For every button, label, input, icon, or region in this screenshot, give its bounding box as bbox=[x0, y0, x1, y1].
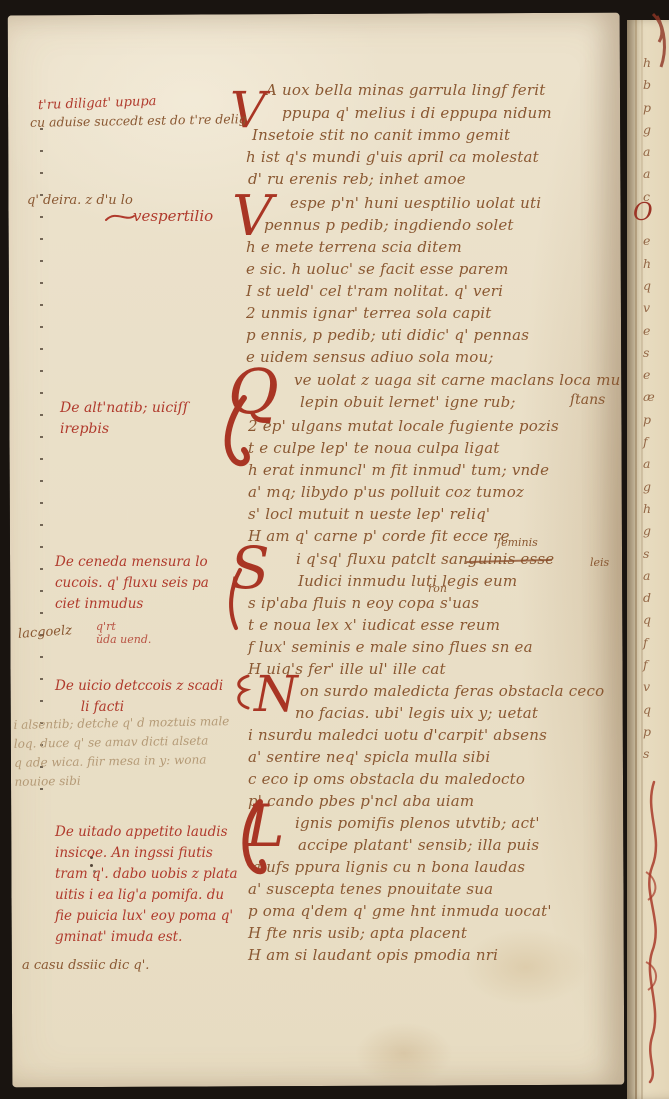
verse-line: e uidem sensus adiuo sola mou; bbox=[246, 347, 494, 367]
verse-line: a' mq; libydo p'us polluit coz tumoz bbox=[248, 482, 524, 502]
verse-line: a' suscepta tenes pnouitate sua bbox=[248, 879, 493, 899]
verse-line: a' sentire neq' spicla mulla sibi bbox=[248, 747, 490, 767]
margin-note-vespertilio: vespertilio bbox=[133, 207, 213, 225]
verse-line: H am si laudant opis pmodia nri bbox=[248, 945, 498, 965]
verse-line: pennus p pedib; ingdiendo solet bbox=[264, 215, 514, 235]
red-flourish-edge bbox=[640, 782, 669, 1082]
facing-page-edge-letters: h b p g a a c e h q v e s e æ p f a g h … bbox=[643, 52, 655, 766]
verse-line: t e culpe lep' te noua culpa ligat bbox=[248, 438, 500, 458]
verse-line: p ennis, p pedib; uti didic' q' pennas bbox=[246, 325, 529, 345]
margin-note-de-tenenda: De ceneda mensura lo cucois. q' fluxu se… bbox=[55, 552, 209, 615]
margin-note-small-red: q'rt ŭda uend. bbox=[96, 620, 151, 646]
q-tail-flourish bbox=[218, 388, 258, 498]
verse-line: ppupa q' melius i di eppupa nidum bbox=[282, 103, 552, 123]
verse-line: espe p'n' huni uesptilio uolat uti bbox=[290, 193, 541, 213]
verse-line: a ufs ppura lignis cu n bona laudas bbox=[252, 857, 525, 877]
binding-threads bbox=[649, 12, 669, 72]
verse-line: e sic. h uoluc' se facit esse parem bbox=[246, 259, 509, 279]
verse-line: ignis pomifis plenos utvtib; act' bbox=[295, 813, 540, 833]
interlinear-ron: ron bbox=[428, 582, 447, 595]
verse-line: s ip'aba fluis n eoy copa s'uas bbox=[248, 593, 479, 613]
verse-line: lepin obuit lernet' igne rub; bbox=[300, 392, 516, 412]
verse-line: 2 ep' ulgans mutat locale fugiente pozis bbox=[248, 416, 559, 436]
verse-line: h e mete terrena scia ditem bbox=[246, 237, 462, 257]
l-swash-flourish bbox=[236, 798, 270, 888]
facing-page-red-initial: O bbox=[633, 198, 653, 226]
s-tail-flourish bbox=[224, 570, 254, 640]
verse-line: A uox bella minas garrula lingf ferit bbox=[266, 80, 545, 100]
verse-line: H fte nris usib; apta placent bbox=[248, 923, 467, 943]
verse-line: f lux' seminis e male sino flues sn ea bbox=[248, 637, 533, 657]
margin-note-de-vitando: De uitado appetito laudis insicoe. An in… bbox=[55, 822, 238, 948]
verse-line: p oma q'dem q' gme hnt inmuda uocat' bbox=[248, 901, 552, 921]
vespertilio-leader-flourish bbox=[106, 208, 136, 224]
n-curl-flourish bbox=[230, 674, 256, 714]
interlinear-leis: leis bbox=[590, 556, 609, 569]
interlinear-stans: ſtans bbox=[570, 392, 605, 408]
verse-line: H am q' carne p' corde fit ecce re bbox=[248, 526, 510, 546]
margin-note-faded-gloss: i alsentib; detche q' d moztuis male loq… bbox=[13, 712, 230, 792]
verse-line: accipe platant' sensib; illa puis bbox=[298, 835, 539, 855]
drop-cap-vespertilio: V bbox=[232, 192, 272, 242]
margin-note-de-alternatibus: De alt'natib; uiciſſ irepbis bbox=[60, 398, 188, 440]
manuscript-photo: h b p g a a c e h q v e s e æ p f a g h … bbox=[0, 0, 669, 1099]
pricking-dots bbox=[40, 128, 43, 790]
verse-line: s' locl mutuit n ueste lep' reliq' bbox=[248, 504, 490, 524]
verse-line: i nsurdu maledci uotu d'carpit' absens bbox=[248, 725, 547, 745]
verse-line: ve uolat z uaga sit carne maclans loca m… bbox=[294, 370, 621, 390]
verse-line: d' ru erenis reb; inhet amoe bbox=[248, 169, 466, 189]
verse-line: Insetoie stit no canit immo gemit bbox=[252, 125, 510, 145]
verse-line: I st ueld' cel t'ram nolitat. q' veri bbox=[246, 281, 503, 301]
verse-line: t e noua lex x' iudicat esse reum bbox=[248, 615, 500, 635]
verse-line: no facias. ubi' legis uix y; uetat bbox=[295, 703, 538, 723]
margin-note-bottom-brown: a casu dssiic dic q'. bbox=[22, 958, 149, 973]
margin-note-vesp-gloss: q' deira. z d'u lo bbox=[27, 193, 133, 208]
drop-cap-non-surdo: N bbox=[254, 672, 298, 717]
verse-line: on surdo maledicta feras obstacla ceco bbox=[300, 681, 604, 701]
verse-line: h ist q's mundi g'uis april ca molestat bbox=[246, 147, 539, 167]
verse-line: Iudici inmudu luti legis eum bbox=[298, 571, 517, 591]
page-crease bbox=[635, 20, 637, 1099]
verse-line: h erat inmuncl' m fit inmud' tum; vnde bbox=[248, 460, 549, 480]
verse-line: 2 unmis ignar' terrea sola capit bbox=[246, 303, 491, 323]
verse-line: c eco ip oms obstacla du maledocto bbox=[248, 769, 525, 789]
interlinear-seminis: ſeminis bbox=[497, 536, 538, 549]
